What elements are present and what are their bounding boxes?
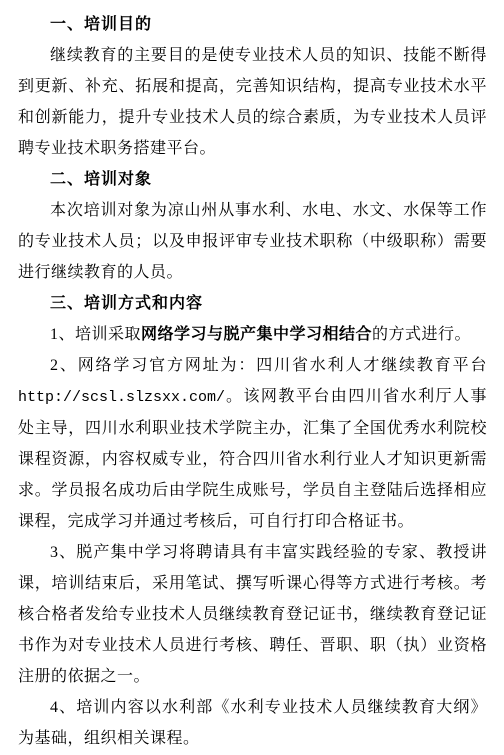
text-run: 1、培训采取 <box>50 326 141 343</box>
paragraph: 本次培训对象为凉山州从事水利、水电、水文、水保等工作的专业技术人员；以及申报评审… <box>18 195 487 288</box>
paragraph: 1、培训采取网络学习与脱产集中学习相结合的方式进行。 <box>18 319 487 350</box>
url-text: http://scsl.slzsxx.com/ <box>18 389 225 406</box>
section-heading: 三、培训方式和内容 <box>18 288 487 319</box>
paragraph: 继续教育的主要目的是使专业技术人员的知识、技能不断得到更新、补充、拓展和提高，完… <box>18 40 487 164</box>
document-page: 一、培训目的继续教育的主要目的是使专业技术人员的知识、技能不断得到更新、补充、拓… <box>0 0 504 755</box>
text-run: 三、培训方式和内容 <box>50 295 203 312</box>
text-run: 本次培训对象为凉山州从事水利、水电、水文、水保等工作的专业技术人员；以及申报评审… <box>18 202 487 281</box>
text-run: 4、培训内容以水利部《水利专业技术人员继续教育大纲》为基础，组织相关课程。 <box>18 699 487 747</box>
text-run: 的方式进行。 <box>372 326 471 343</box>
text-run: 。该网教平台由四川省水利厅人事处主导，四川水利职业技术学院主办，汇集了全国优秀水… <box>18 388 487 530</box>
paragraph: 3、脱产集中学习将聘请具有丰富实践经验的专家、教授讲课，培训结束后，采用笔试、撰… <box>18 537 487 692</box>
document-body: 一、培训目的继续教育的主要目的是使专业技术人员的知识、技能不断得到更新、补充、拓… <box>18 9 487 754</box>
text-run: 继续教育的主要目的是使专业技术人员的知识、技能不断得到更新、补充、拓展和提高，完… <box>18 47 487 157</box>
section-heading: 一、培训目的 <box>18 9 487 40</box>
paragraph: 2、网络学习官方网址为：四川省水利人才继续教育平台http://scsl.slz… <box>18 350 487 537</box>
text-run: 一、培训目的 <box>50 16 152 33</box>
text-run: 3、脱产集中学习将聘请具有丰富实践经验的专家、教授讲课，培训结束后，采用笔试、撰… <box>18 544 487 685</box>
section-heading: 二、培训对象 <box>18 164 487 195</box>
text-run: 2、网络学习官方网址为：四川省水利人才继续教育平台 <box>50 357 487 374</box>
emphasis-text: 网络学习与脱产集中学习相结合 <box>141 326 372 343</box>
paragraph: 4、培训内容以水利部《水利专业技术人员继续教育大纲》为基础，组织相关课程。 <box>18 692 487 754</box>
text-run: 二、培训对象 <box>50 171 152 188</box>
